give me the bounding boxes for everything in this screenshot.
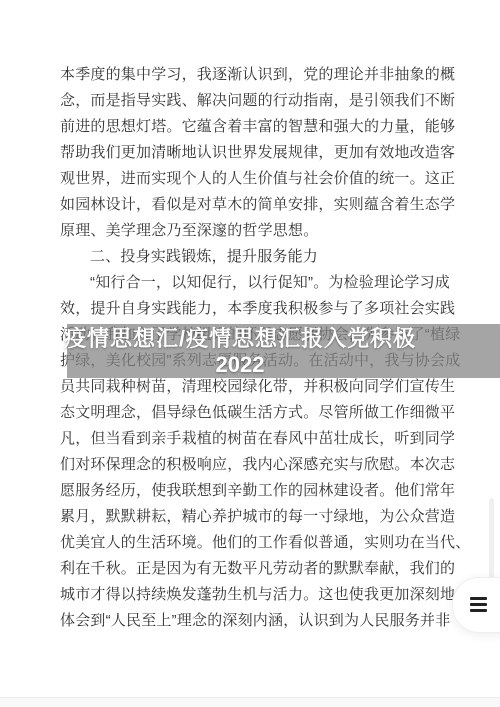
text-line: 态文明理念，倡导绿色低碳生活方式。尽管所做工作细微平 [60, 400, 445, 426]
scroll-indicator[interactable] [489, 498, 494, 580]
text-line: 本季度的集中学习，我逐渐认识到，党的理论并非抽象的概 [60, 62, 445, 88]
text-line: 体会到“人民至上”理念的深刻内涵，认识到为人民服务并非 [60, 608, 445, 634]
text-line: “知行合一，以知促行，以行促知”。为检验理论学习成 [60, 270, 445, 296]
text-line: 优美宜人的生活环境。他们的工作看似普通，实则功在当代、 [60, 530, 445, 556]
text-line: 愿服务经历，使我联想到辛勤工作的园林建设者。他们常年 [60, 478, 445, 504]
menu-button[interactable] [452, 577, 500, 633]
text-line: 观世界，进而实现个人的人生价值与社会价值的统一。这正 [60, 166, 445, 192]
text-line: 原理、美学理念乃至深邃的哲学思想。 [60, 218, 445, 244]
text-line: 效，提升自身实践能力，本季度我积极参与了多项社会实践 [60, 296, 445, 322]
text-line: 念，而是指导实践、解决问题的行动指南，是引领我们不断 [60, 88, 445, 114]
text-line: 累月，默默耕耘，精心养护城市的每一寸绿地，为公众营造 [60, 504, 445, 530]
text-line: 凡，但当看到亲手栽植的树苗在春风中茁壮成长，听到同学 [60, 426, 445, 452]
text-line: 帮助我们更加清晰地认识世界发展规律，更加有效地改造客 [60, 140, 445, 166]
text-line: 利在千秋。正是因为有无数平凡劳动者的默默奉献，我们的 [60, 556, 445, 582]
document-page: 本季度的集中学习，我逐渐认识到，党的理论并非抽象的概念，而是指导实践、解决问题的… [0, 0, 500, 707]
text-line: 二、投身实践锻炼，提升服务能力 [60, 244, 445, 270]
hamburger-icon [470, 597, 487, 612]
text-line: 如园林设计，看似是对草木的简单安排，实则蕴含着生态学 [60, 192, 445, 218]
title-overlay-box [67, 324, 500, 378]
text-line: 前进的思想灯塔。它蕴含着丰富的智慧和强大的力量，能够 [60, 114, 445, 140]
bottom-edge-divider [0, 697, 500, 707]
text-line: 城市才得以持续焕发蓬勃生机与活力。这也使我更加深刻地 [60, 582, 445, 608]
text-line: 们对环保理念的积极响应，我内心深感充实与欣慰。本次志 [60, 452, 445, 478]
